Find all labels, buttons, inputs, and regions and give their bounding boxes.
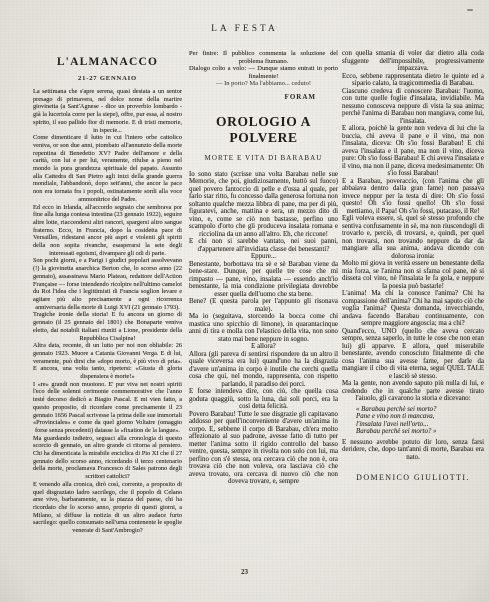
page-number: 23 [0,568,489,576]
magazine-page: LA FESTA L'ALMANACCO 21-27 GENNAIO La se… [0,0,489,602]
almanacco-paragraph: Tragiche ironie della storia! E fu ancor… [33,311,182,342]
article-paragraph: L'anima! Ma chi la conosce l'anima? Chi … [342,290,484,328]
scan-speck [467,9,473,11]
article-paragraph: Ma io (seguitava, storcendo la bocca com… [189,313,338,343]
almanacco-paragraph: Ed ecco in Irlanda, all'accordo segnato … [33,204,182,258]
article-subtitle: MORTE E VITA DI BARABAU [189,154,338,162]
almanacco-body: La settimana che s'apre serena, quasi de… [33,88,182,535]
article-paragraph: con quella smania di voler dar dietro al… [342,50,484,73]
article-paragraph: E allora, poichè la gente non vedeva di … [342,125,484,178]
almanacco-paragraph: La settimana che s'apre serena, quasi de… [33,88,182,134]
article-column-2: Io sono stato (scrisse una volta Barabau… [189,171,338,486]
almanacco-paragraph: I «re» grandi non muoiono. E' pur viva n… [33,381,182,435]
foram-note: Per finire: Il pubblico commenta la solu… [189,50,338,101]
almanacco-week-heading: 21-27 GENNAIO [33,75,182,82]
foram-line: Per finire: Il pubblico commenta la solu… [189,50,338,65]
middle-column: Per finire: Il pubblico commenta la solu… [189,50,338,486]
article-paragraph: Molto mi giova in verità essere un benes… [342,260,484,290]
almanacco-paragraph: Altra data, recente, di un lutto per noi… [33,342,182,381]
article-paragraph: Povero Barabau! Tutte le sue disgrazie g… [189,411,338,486]
poem-line: Pane e vino non ti mancava, [356,413,484,421]
right-column: con quella smania di voler dar dietro al… [342,50,484,482]
journal-title: LA FESTA [0,24,489,34]
poem-line: Barabau perchè sei morto? » [356,428,484,436]
almanacco-paragraph: Ma guardando indietro, seguaci alla cron… [33,435,182,481]
article-paragraph: Bene? (E questa parola per l'appunto gli… [189,298,338,313]
article-paragraph: Quand'ecco, UNO (quello che aveva cercat… [342,328,484,381]
article-paragraph: E forse intendeva dire, con ciò, che que… [189,388,338,411]
article-paragraph: Egli voleva essere, sì, quel sè stesso p… [342,215,484,260]
poem-line: « Barabau perchè sei morto? [356,406,484,414]
article-paragraph: Benestante, borbottava tra sè e sè Barab… [189,261,338,299]
foram-line: Dialogo colto a volo: — Dunque siamo ent… [189,65,338,80]
almanacco-section: L'ALMANACCO 21-27 GENNAIO La settimana c… [33,50,182,535]
article-paragraph: Eppure... [189,253,338,261]
foram-line: — In porto? Ma l'abbiamo... ceduto! [189,80,338,88]
almanacco-title: L'ALMANACCO [33,56,182,68]
barabau-poem: « Barabau perchè sei morto? Pane e vino … [356,406,484,436]
article-paragraph: E chi non si sarebbe vantato, nei suoi p… [189,238,338,253]
article-paragraph: Io sono stato (scrisse una volta Barabau… [189,171,338,239]
article-column-3: con quella smania di voler dar dietro al… [342,50,484,482]
almanacco-paragraph: Son pochi giorni, e a Parigi i giudici p… [33,257,182,311]
poem-line: l'insalata l'avei nell'orto... [356,421,484,429]
author-signature: DOMENICO GIULIOTTI. [342,473,484,482]
article-paragraph: Ciascuno credeva di conoscere Barabau: l… [342,88,484,126]
article-paragraph: E allora? [189,343,338,351]
almanacco-paragraph: E venendo alla cronica, dirò così, corre… [33,481,182,535]
almanacco-paragraph: Come dimenticare il lutto in cui l'inter… [33,134,182,203]
article-paragraph: Allora (gli pareva di sentirsi risponder… [189,351,338,389]
article-closing: E nessuno avrebbe potuto dir loro, senza… [342,439,484,462]
article-title: OROLOGIO A POLVERE [189,114,338,146]
article-paragraph: Ma la gente, non avendo saputo più nulla… [342,380,484,403]
article-paragraph: E a Barabau, poveraccio, (con l'anima ch… [342,178,484,216]
article-paragraph: Ecco, sebbene rappresentata dietro le qu… [342,73,484,88]
foram-signature: FORAM [189,93,338,101]
